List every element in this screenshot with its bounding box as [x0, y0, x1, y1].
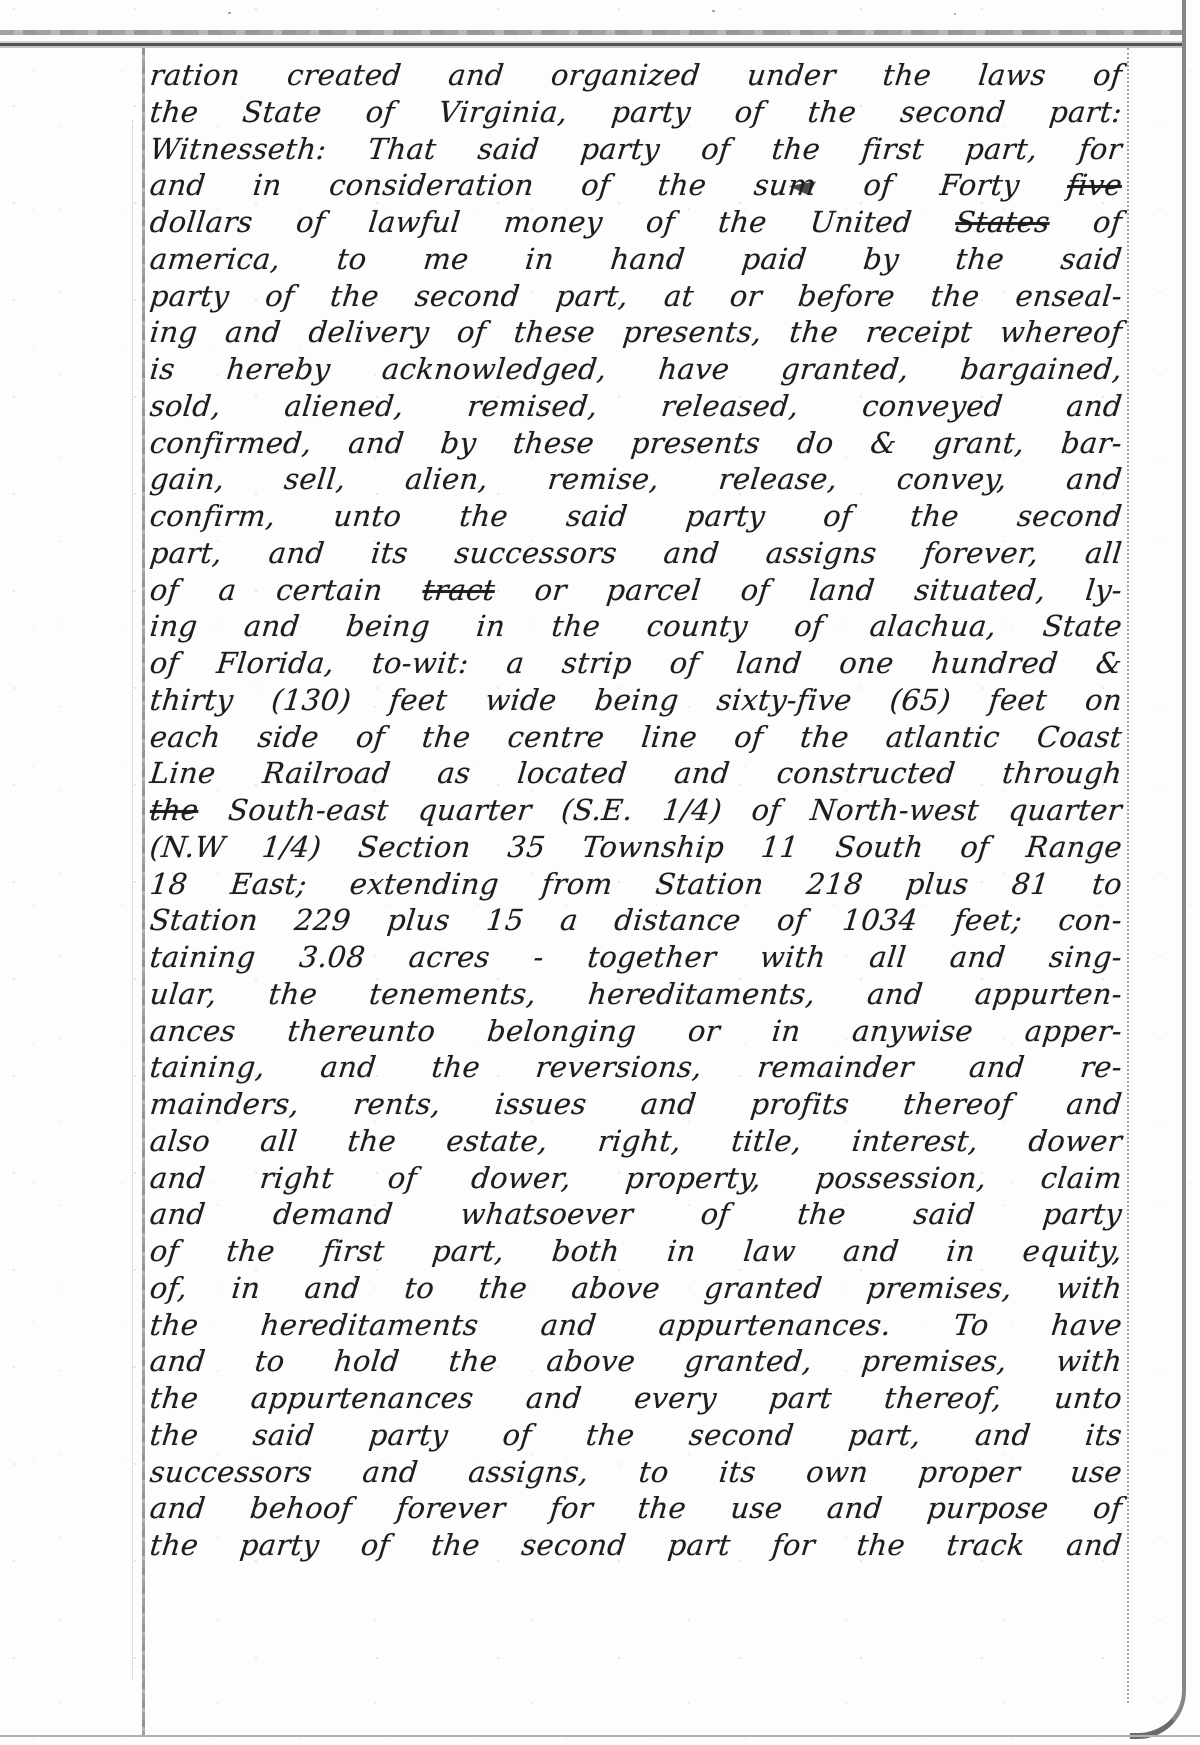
text-line: the South-east quarter (S.E. 1/4) of Nor… — [148, 792, 1124, 829]
scan-page-edge — [1130, 0, 1186, 1739]
text-line: of the first part, both in law and in eq… — [148, 1233, 1124, 1270]
text-line: ing and delivery of these presents, the … — [148, 314, 1124, 351]
text-line: and demand whatsoever of the said party — [148, 1196, 1124, 1233]
left-margin-dotted-texture — [132, 120, 133, 1680]
text-line: of Florida, to-wit: a strip of land one … — [148, 645, 1124, 682]
struck-word: tract — [421, 573, 497, 607]
text-line: Line Railroad as located and constructed… — [148, 755, 1124, 792]
struck-word: the — [148, 793, 200, 827]
text-line: taining, and the reversions, remainder a… — [148, 1049, 1124, 1086]
text-line: the said party of the second part, and i… — [148, 1417, 1124, 1454]
text-line: Witnesseth: That said party of the first… — [148, 131, 1124, 168]
text-line: 18 East; extending from Station 218 plus… — [148, 866, 1124, 903]
scan-speck — [954, 13, 956, 15]
top-ledger-rule-line — [0, 43, 1182, 46]
right-margin-rule — [1127, 48, 1129, 1703]
text-line: and behoof forever for the use and purpo… — [148, 1490, 1124, 1527]
text-line: Station 229 plus 15 a distance of 1034 f… — [148, 902, 1124, 939]
text-line: sold, aliened, remised, released, convey… — [148, 388, 1124, 425]
text-line: party of the second part, at or before t… — [148, 278, 1124, 315]
top-ledger-rule-band — [0, 30, 1182, 35]
struck-word: States — [954, 205, 1052, 239]
text-line: the appurtenances and every part thereof… — [148, 1380, 1124, 1417]
text-line: ing and being in the county of alachua, … — [148, 608, 1124, 645]
text-line: thirty (130) feet wide being sixty-five … — [148, 682, 1124, 719]
scanned-page: ration created and organized under the l… — [0, 0, 1200, 1745]
text-line: part, and its successors and assigns for… — [148, 535, 1124, 572]
text-line: the party of the second part for the tra… — [148, 1527, 1124, 1564]
text-line: the hereditaments and appurtenances. To … — [148, 1307, 1124, 1344]
text-line: the State of Virginia, party of the seco… — [148, 94, 1124, 131]
text-line: and to hold the above granted, premises,… — [148, 1343, 1124, 1380]
handwriting-lines: ration created and organized under the l… — [150, 57, 1122, 1564]
scan-speck — [712, 10, 715, 12]
text-line: successors and assigns, to its own prope… — [148, 1454, 1124, 1491]
text-line: taining 3.08 acres - together with all a… — [148, 939, 1124, 976]
text-line: dollars of lawful money of the United St… — [148, 204, 1124, 241]
text-line: (N.W 1/4) Section 35 Township 11 South o… — [148, 829, 1124, 866]
text-line: also all the estate, right, title, inter… — [148, 1123, 1124, 1160]
text-line: gain, sell, alien, remise, release, conv… — [148, 461, 1124, 498]
text-line: and right of dower, property, possession… — [148, 1160, 1124, 1197]
text-line: mainders, rents, issues and profits ther… — [148, 1086, 1124, 1123]
text-line: confirm, unto the said party of the seco… — [148, 498, 1124, 535]
scan-speck — [228, 12, 231, 14]
text-line: is hereby acknowledged, have granted, ba… — [148, 351, 1124, 388]
left-margin-rule — [142, 48, 145, 1736]
text-line: of, in and to the above granted premises… — [148, 1270, 1124, 1307]
bottom-ledger-rule — [0, 1735, 1200, 1737]
text-line: america, to me in hand paid by the said — [148, 241, 1124, 278]
text-line: and in consideration of the sum of Forty… — [148, 167, 1124, 204]
text-line: each side of the centre line of the atla… — [148, 719, 1124, 756]
text-line: confirmed, and by these presents do & gr… — [148, 425, 1124, 462]
text-line: ular, the tenements, hereditaments, and … — [148, 976, 1124, 1013]
struck-word: five — [1065, 168, 1123, 202]
text-line: ration created and organized under the l… — [148, 57, 1124, 94]
text-line: of a certain tract or parcel of land sit… — [148, 572, 1124, 609]
text-line: ances thereunto belonging or in anywise … — [148, 1013, 1124, 1050]
